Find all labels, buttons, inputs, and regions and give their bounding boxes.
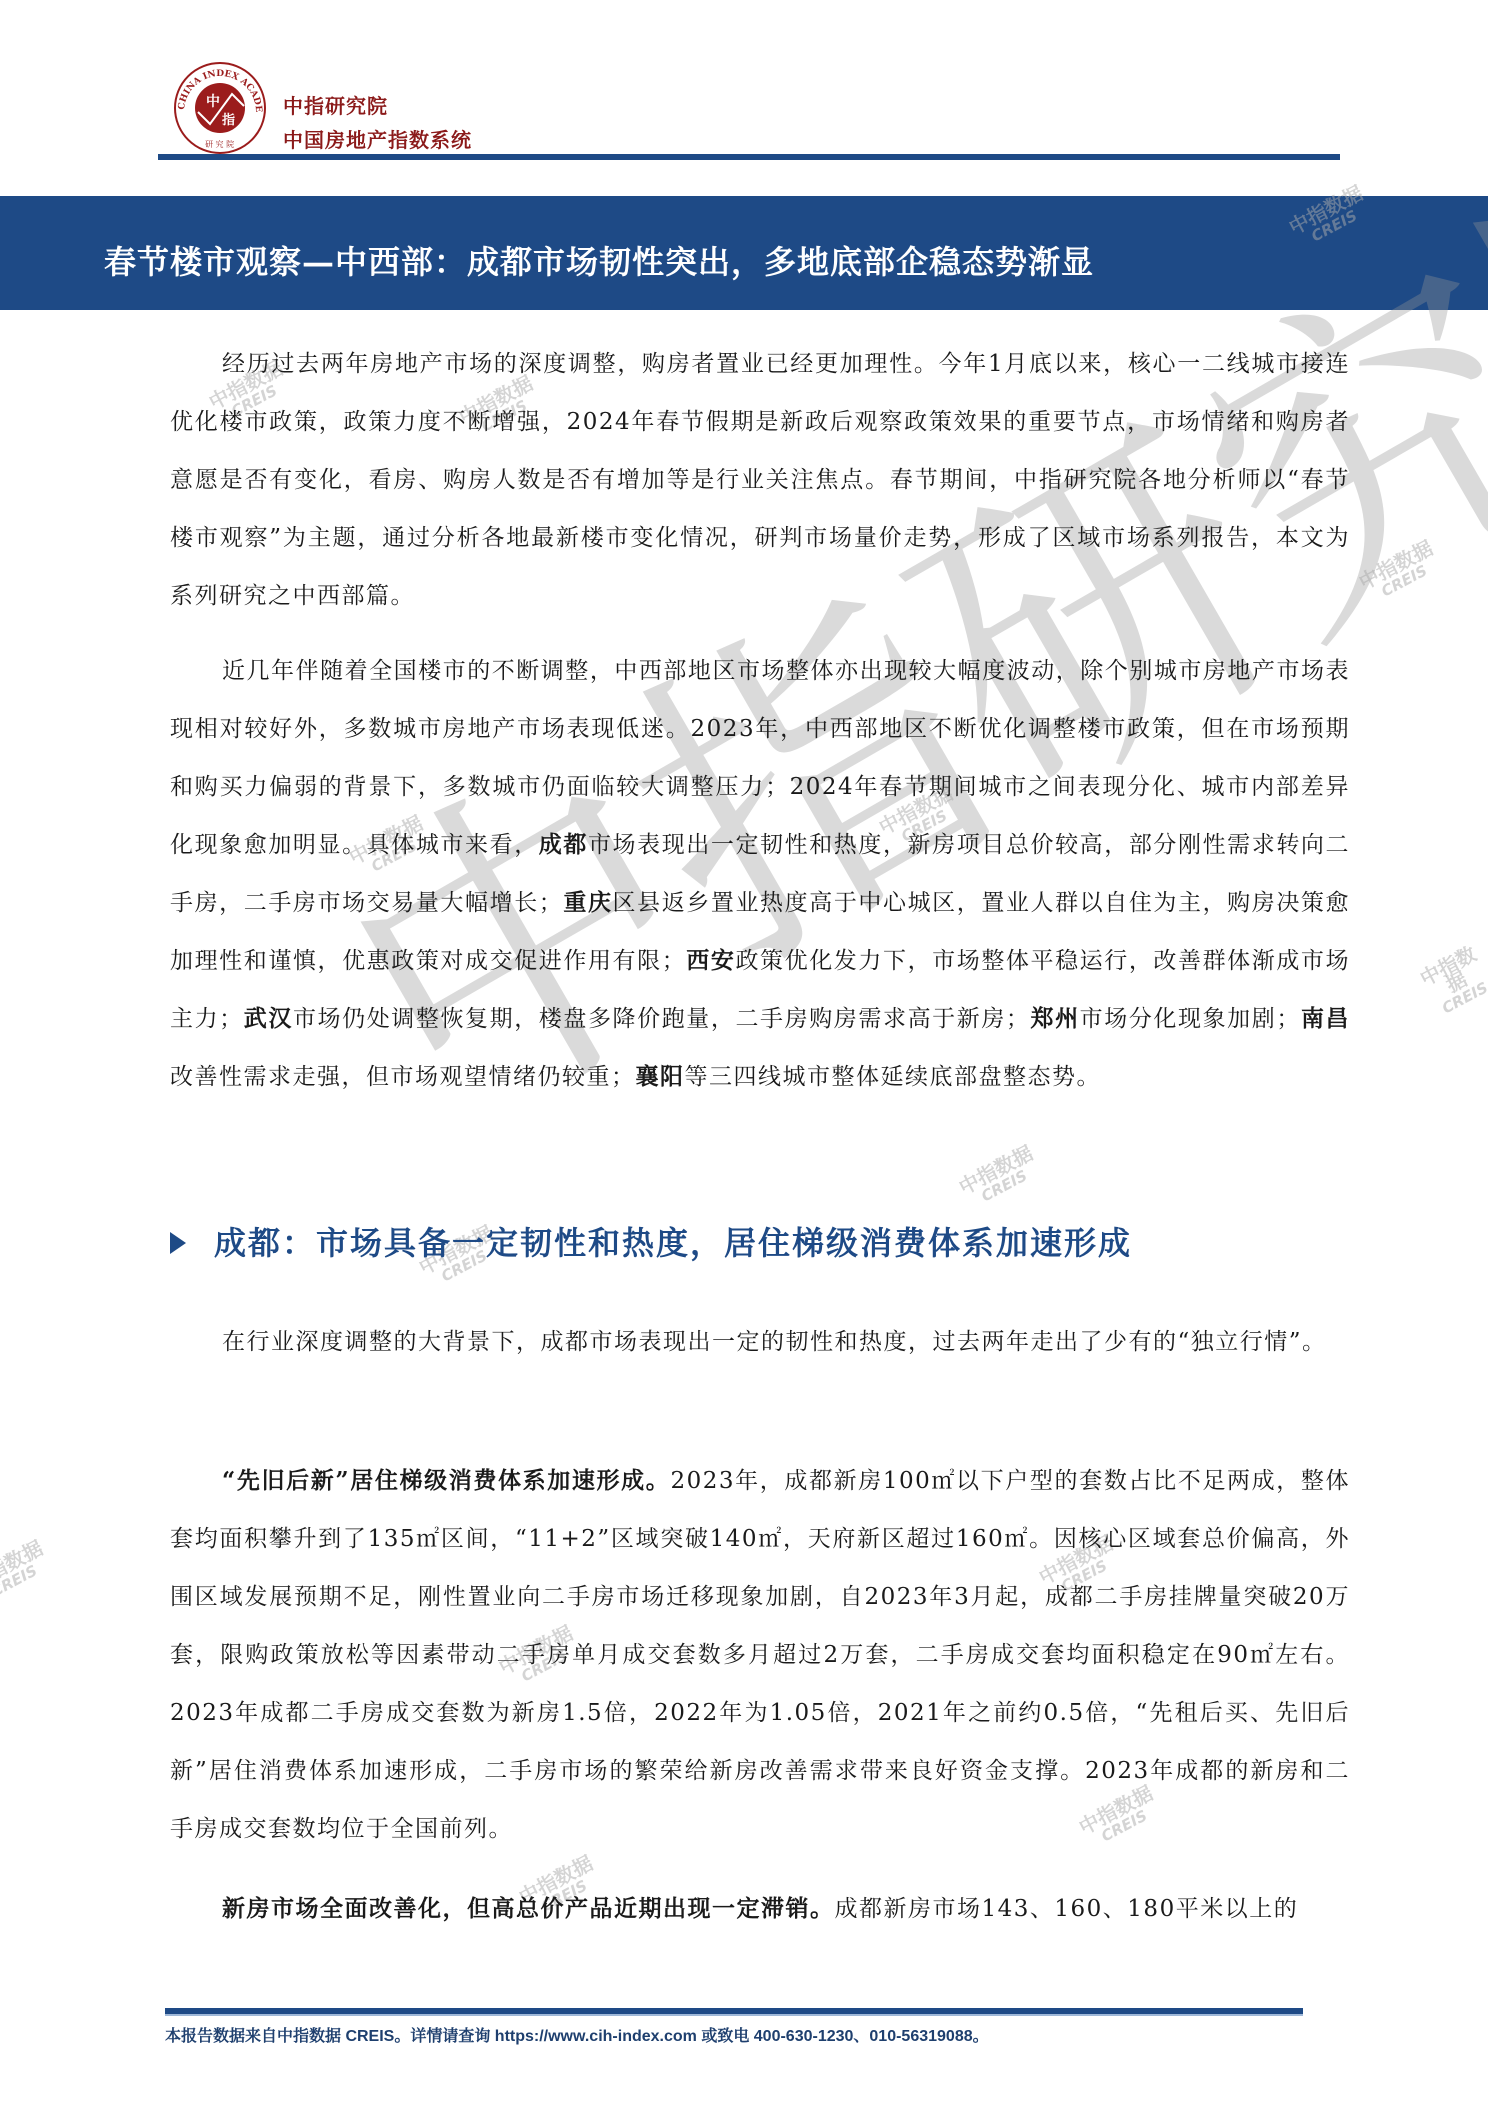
report-title: 春节楼市观察—中西部：成都市场韧性突出，多地底部企稳态势渐显 [104,237,1094,283]
city-nanchang: 南昌 [1301,1005,1350,1032]
svg-text:中: 中 [206,93,220,110]
svg-text:指: 指 [221,112,235,128]
city-wuhan: 武汉 [244,1005,293,1032]
arrow-bullet-icon [170,1232,186,1254]
header-divider [158,154,1340,160]
section-heading-chengdu: 成都：市场具备一定韧性和热度，居住梯级消费体系加速形成 [170,1218,1132,1264]
footer-divider [165,2008,1303,2014]
chengdu-intro-paragraph: 在行业深度调整的大背景下，成都市场表现出一定的韧性和热度，过去两年走出了少有的“… [170,1313,1350,1371]
footer-source-note: 本报告数据来自中指数据 CREIS。详情请查询 https://www.cih-… [165,2023,989,2046]
city-zhengzhou: 郑州 [1030,1005,1079,1032]
regional-overview-paragraph: 近几年伴随着全国楼市的不断调整，中西部地区市场整体亦出现较大幅度波动，除个别城市… [170,642,1350,1106]
org-name: 中指研究院 [283,90,388,119]
intro-paragraph: 经历过去两年房地产市场的深度调整，购房者置业已经更加理性。今年1月底以来，核心一… [170,335,1350,625]
watermark-small: 中指数据CREIS [1356,538,1444,607]
chengdu-consumption-paragraph: “先旧后新”居住梯级消费体系加速形成。2023年，成都新房100㎡以下户型的套数… [170,1452,1350,1858]
watermark-small: 中指数据CREIS [1416,943,1488,1020]
page-header: CHINA INDEX ACADEMY 中 指 研 究 院 中指研究院 中国房地… [0,0,1488,170]
city-xiangyang: 襄阳 [636,1063,685,1090]
org-subtitle: 中国房地产指数系统 [283,124,472,153]
city-xian: 西安 [686,947,735,974]
city-chongqing: 重庆 [563,889,612,916]
city-chengdu: 成都 [539,831,588,858]
chengdu-newhouse-paragraph: 新房市场全面改善化，但高总价产品近期出现一定滞销。成都新房市场143、160、1… [170,1880,1350,1938]
china-index-academy-logo: CHINA INDEX ACADEMY 中 指 研 究 院 [172,60,268,156]
watermark-small: 中指数据CREIS [956,1143,1044,1212]
watermark-small: 中指数据CREIS [0,1538,54,1607]
svg-text:研 究 院: 研 究 院 [205,139,234,149]
